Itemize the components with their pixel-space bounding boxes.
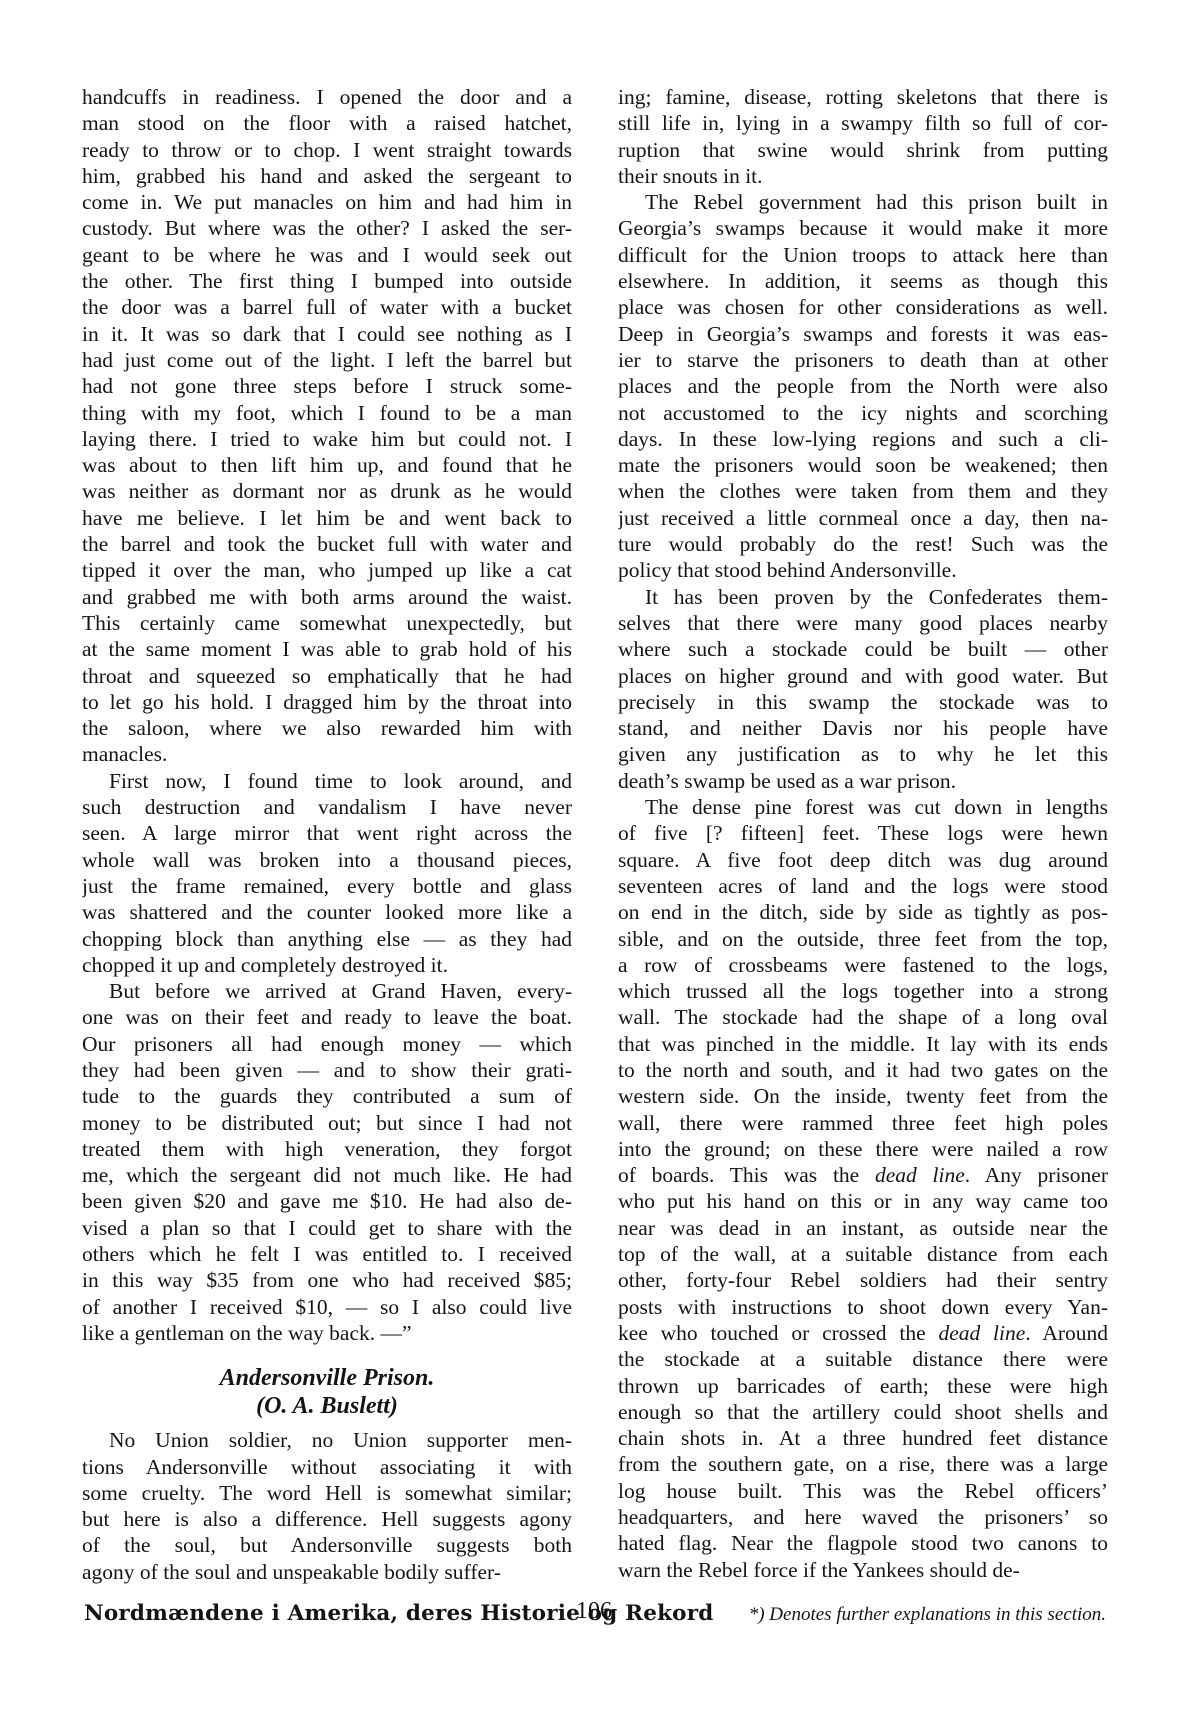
text-line: money to be distributed out; but since I… — [82, 1110, 572, 1136]
text-line: handcuffs in readiness. I opened the doo… — [82, 84, 572, 110]
book-page: handcuffs in readiness. I opened the doo… — [0, 0, 1200, 1714]
text-line: some cruelty. The word Hell is somewhat … — [82, 1480, 572, 1506]
text-line: from the southern gate, on a rise, there… — [618, 1451, 1108, 1477]
text-line: throat and squeezed so emphatically that… — [82, 663, 572, 689]
paragraph: But before we arrived at Grand Haven, ev… — [82, 978, 572, 1346]
paragraph: The Rebel government had this prison bui… — [618, 189, 1108, 583]
text-line: just received a little cornmeal once a d… — [618, 505, 1108, 531]
text-line: was neither as dormant nor as drunk as h… — [82, 478, 572, 504]
text-line: of boards. This was the dead line. Any p… — [618, 1162, 1108, 1188]
text-line: others which he felt I was entitled to. … — [82, 1241, 572, 1267]
text-line: come in. We put manacles on him and had … — [82, 189, 572, 215]
text-line: been given $20 and gave me $10. He had a… — [82, 1188, 572, 1214]
paragraph: First now, I found time to look around, … — [82, 768, 572, 978]
text-line: stand, and neither Davis nor his people … — [618, 715, 1108, 741]
text-column-right: ing; famine, disease, rotting skeletons … — [618, 84, 1108, 1583]
text-line: manacles. — [82, 741, 572, 767]
text-line: ier to starve the prisoners to death tha… — [618, 347, 1108, 373]
text-line: posts with instructions to shoot down ev… — [618, 1294, 1108, 1320]
text-line: and grabbed me with both arms around the… — [82, 584, 572, 610]
text-line: given any justification as to why he let… — [618, 741, 1108, 767]
text-line: vised a plan so that I could get to shar… — [82, 1215, 572, 1241]
text-line: him, grabbed his hand and asked the serg… — [82, 163, 572, 189]
text-line: places and the people from the North wer… — [618, 373, 1108, 399]
text-line: to let go his hold. I dragged him by the… — [82, 689, 572, 715]
text-line: warn the Rebel force if the Yankees shou… — [618, 1557, 1108, 1583]
text-line: This certainly came somewhat unexpectedl… — [82, 610, 572, 636]
text-line: wall. The stockade had the shape of a lo… — [618, 1004, 1108, 1030]
page-footer: Nordmændene i Amerika, deres Historie og… — [82, 1598, 1106, 1632]
text-line: when the clothes were taken from them an… — [618, 478, 1108, 504]
text-line: the door was a barrel full of water with… — [82, 294, 572, 320]
text-line: hated flag. Near the flagpole stood two … — [618, 1530, 1108, 1556]
text-line: me, which the sergeant did not much like… — [82, 1162, 572, 1188]
paragraph: The dense pine forest was cut down in le… — [618, 794, 1108, 1583]
text-line: in this way $35 from one who had receive… — [82, 1267, 572, 1293]
text-line: one was on their feet and ready to leave… — [82, 1004, 572, 1030]
text-line: No Union soldier, no Union supporter men… — [82, 1427, 572, 1453]
text-line: square. A five foot deep ditch was dug a… — [618, 847, 1108, 873]
text-line: tipped it over the man, who jumped up li… — [82, 557, 572, 583]
text-line: still life in, lying in a swampy filth s… — [618, 110, 1108, 136]
text-line: whole wall was broken into a thousand pi… — [82, 847, 572, 873]
text-line: chopping block than anything else — as t… — [82, 926, 572, 952]
text-line: precisely in this swamp the stockade was… — [618, 689, 1108, 715]
text-line: a row of crossbeams were fastened to the… — [618, 952, 1108, 978]
text-line: headquarters, and here waved the prisone… — [618, 1504, 1108, 1530]
text-line: kee who touched or crossed the dead line… — [618, 1320, 1108, 1346]
text-line: First now, I found time to look around, … — [82, 768, 572, 794]
paragraph: It has been proven by the Confederates t… — [618, 584, 1108, 794]
text-line: near was dead in an instant, as outside … — [618, 1215, 1108, 1241]
text-line: Deep in Georgia’s swamps and forests it … — [618, 321, 1108, 347]
text-line: ture would probably do the rest! Such wa… — [618, 531, 1108, 557]
text-line: chain shots in. At a three hundred feet … — [618, 1425, 1108, 1451]
paragraph: No Union soldier, no Union supporter men… — [82, 1427, 572, 1585]
text-line: top of the wall, at a suitable distance … — [618, 1241, 1108, 1267]
text-line: not accustomed to the icy nights and sco… — [618, 400, 1108, 426]
text-line: where such a stockade could be built — o… — [618, 636, 1108, 662]
text-line: thrown up barricades of earth; these wer… — [618, 1373, 1108, 1399]
text-line: death’s swamp be used as a war prison. — [618, 768, 1108, 794]
text-line: geant to be where he was and I would see… — [82, 242, 572, 268]
text-line: which trussed all the logs together into… — [618, 978, 1108, 1004]
text-line: seventeen acres of land and the logs wer… — [618, 873, 1108, 899]
text-line: policy that stood behind Andersonville. — [618, 557, 1108, 583]
text-line: was shattered and the counter looked mor… — [82, 899, 572, 925]
text-line: had not gone three steps before I struck… — [82, 373, 572, 399]
text-line: places on higher ground and with good wa… — [618, 663, 1108, 689]
text-line: on end in the ditch, side by side as tig… — [618, 899, 1108, 925]
text-line: place was chosen for other consideration… — [618, 294, 1108, 320]
paragraph: ing; famine, disease, rotting skeletons … — [618, 84, 1108, 189]
text-line: days. In these low-lying regions and suc… — [618, 426, 1108, 452]
text-line: their snouts in it. — [618, 163, 1108, 189]
text-line: to the north and south, and it had two g… — [618, 1057, 1108, 1083]
text-line: the stockade at a suitable distance ther… — [618, 1346, 1108, 1372]
text-column-left: handcuffs in readiness. I opened the doo… — [82, 84, 572, 1585]
text-line: they had been given — and to show their … — [82, 1057, 572, 1083]
text-line: thing with my foot, which I found to be … — [82, 400, 572, 426]
text-line: have me believe. I let him be and went b… — [82, 505, 572, 531]
text-line: elsewhere. In addition, it seems as thou… — [618, 268, 1108, 294]
text-line: custody. But where was the other? I aske… — [82, 215, 572, 241]
text-line: just the frame remained, every bottle an… — [82, 873, 572, 899]
text-line: agony of the soul and unspeakable bodily… — [82, 1559, 572, 1585]
text-line: wall, there were rammed three feet high … — [618, 1110, 1108, 1136]
text-line: ruption that swine would shrink from put… — [618, 137, 1108, 163]
text-line: that was pinched in the middle. It lay w… — [618, 1031, 1108, 1057]
text-line: western side. On the inside, twenty feet… — [618, 1083, 1108, 1109]
text-line: seen. A large mirror that went right acr… — [82, 820, 572, 846]
footnote-legend: *) Denotes further explanations in this … — [749, 1604, 1106, 1626]
text-line: of five [? fifteen] feet. These logs wer… — [618, 820, 1108, 846]
text-line: had just come out of the light. I left t… — [82, 347, 572, 373]
text-line: the barrel and took the bucket full with… — [82, 531, 572, 557]
text-line: tude to the guards they contributed a su… — [82, 1083, 572, 1109]
text-line: man stood on the floor with a raised hat… — [82, 110, 572, 136]
text-line: It has been proven by the Confederates t… — [618, 584, 1108, 610]
text-line: log house built. This was the Rebel offi… — [618, 1478, 1108, 1504]
text-line: but here is also a difference. Hell sugg… — [82, 1506, 572, 1532]
text-line: laying there. I tried to wake him but co… — [82, 426, 572, 452]
text-line: like a gentleman on the way back. —” — [82, 1320, 572, 1346]
text-line: was about to then lift him up, and found… — [82, 452, 572, 478]
text-line: at the same moment I was able to grab ho… — [82, 636, 572, 662]
text-line: treated them with high veneration, they … — [82, 1136, 572, 1162]
paragraph: handcuffs in readiness. I opened the doo… — [82, 84, 572, 768]
text-line: tions Andersonville without associating … — [82, 1454, 572, 1480]
text-line: who put his hand on this or in any way c… — [618, 1188, 1108, 1214]
text-line: other, forty-four Rebel soldiers had the… — [618, 1267, 1108, 1293]
text-line: ready to throw or to chop. I went straig… — [82, 137, 572, 163]
text-line: The dense pine forest was cut down in le… — [618, 794, 1108, 820]
text-line: sible, and on the outside, three feet fr… — [618, 926, 1108, 952]
text-line: difficult for the Union troops to attack… — [618, 242, 1108, 268]
section-heading: Andersonville Prison.(O. A. Buslett) — [82, 1364, 572, 1420]
heading-line: (O. A. Buslett) — [82, 1392, 572, 1420]
text-line: The Rebel government had this prison bui… — [618, 189, 1108, 215]
text-line: such destruction and vandalism I have ne… — [82, 794, 572, 820]
text-line: of the soul, but Andersonville suggests … — [82, 1532, 572, 1558]
text-line: the other. The first thing I bumped into… — [82, 268, 572, 294]
text-line: the saloon, where we also rewarded him w… — [82, 715, 572, 741]
text-line: But before we arrived at Grand Haven, ev… — [82, 978, 572, 1004]
text-line: into the ground; on these there were nai… — [618, 1136, 1108, 1162]
text-line: enough so that the artillery could shoot… — [618, 1399, 1108, 1425]
text-line: ing; famine, disease, rotting skeletons … — [618, 84, 1108, 110]
text-line: of another I received $10, — so I also c… — [82, 1294, 572, 1320]
text-line: Georgia’s swamps because it would make i… — [618, 215, 1108, 241]
text-line: Our prisoners all had enough money — whi… — [82, 1031, 572, 1057]
text-line: in it. It was so dark that I could see n… — [82, 321, 572, 347]
heading-line: Andersonville Prison. — [82, 1364, 572, 1392]
text-line: chopped it up and completely destroyed i… — [82, 952, 572, 978]
text-line: selves that there were many good places … — [618, 610, 1108, 636]
text-line: mate the prisoners would soon be weakene… — [618, 452, 1108, 478]
